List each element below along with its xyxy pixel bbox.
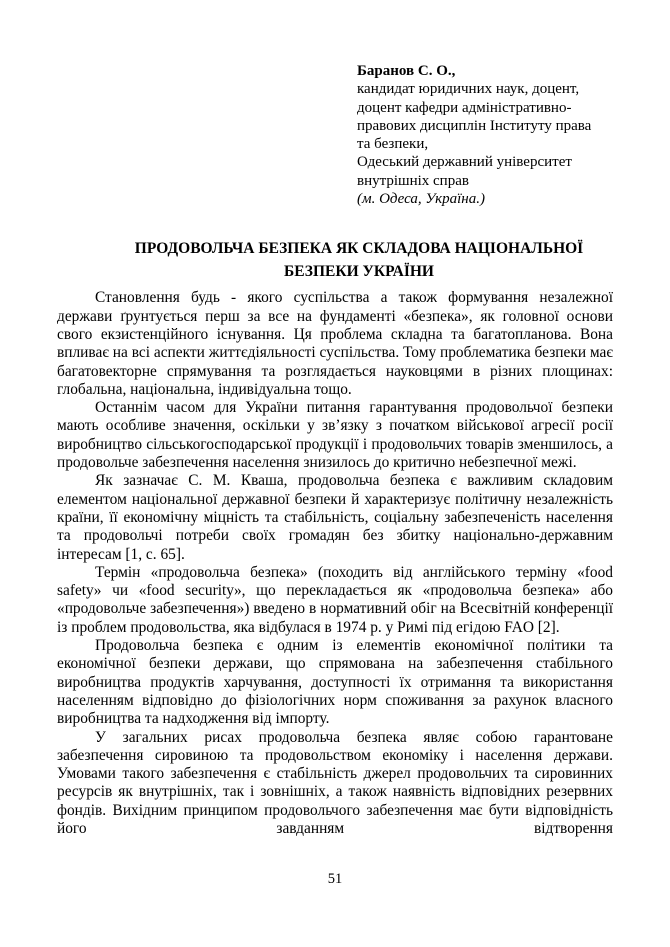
author-affiliation-line: внутрішніх справ <box>357 172 613 190</box>
author-affiliation-line: Одеський державний університет <box>357 153 613 171</box>
paragraph: Становлення будь - якого суспільства а т… <box>57 289 613 399</box>
paragraph: Останнім часом для України питання гаран… <box>57 399 613 472</box>
author-affiliation-line: та безпеки, <box>357 135 613 153</box>
author-affiliation-line: правових дисциплін Інституту права <box>357 117 613 135</box>
author-block: Баранов С. О., кандидат юридичних наук, … <box>357 62 613 208</box>
paragraph: У загальних рисах продовольча безпека яв… <box>57 729 613 839</box>
author-affiliation-line: кандидат юридичних наук, доцент, <box>357 80 613 98</box>
paragraph: Як зазначає С. М. Кваша, продовольча без… <box>57 472 613 563</box>
page-content: Баранов С. О., кандидат юридичних наук, … <box>0 62 670 838</box>
author-location: (м. Одеса, Україна.) <box>357 190 613 208</box>
paragraph: Продовольча безпека є одним із елементів… <box>57 637 613 728</box>
paragraph: Термін «продовольча безпека» (походить в… <box>57 564 613 637</box>
author-affiliation-line: доцент кафедри адміністративно- <box>357 99 613 117</box>
body-text: Становлення будь - якого суспільства а т… <box>57 289 613 838</box>
document-page: Баранов С. О., кандидат юридичних наук, … <box>0 0 670 947</box>
page-number: 51 <box>0 870 670 888</box>
author-name: Баранов С. О., <box>357 62 613 80</box>
paper-title: ПРОДОВОЛЬЧА БЕЗПЕКА ЯК СКЛАДОВА НАЦІОНАЛ… <box>57 237 613 283</box>
